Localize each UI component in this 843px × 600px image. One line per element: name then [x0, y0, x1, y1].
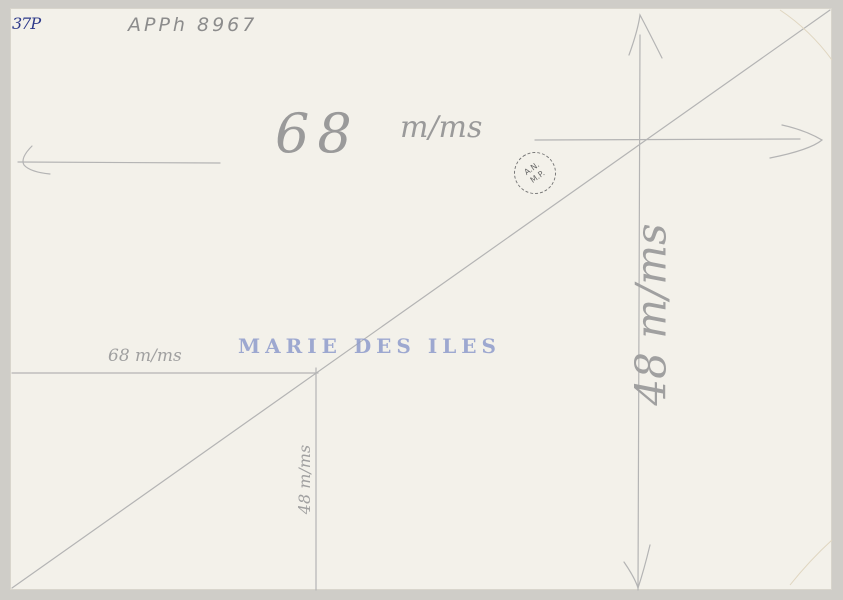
inventory-mark-blue: 37P	[12, 14, 40, 33]
crosshair-horizontal	[535, 139, 800, 140]
diagonal-crop-line	[12, 10, 830, 588]
width-annotation-large: 68	[275, 102, 360, 165]
title-stamp: MARIE DES ILES	[238, 334, 501, 358]
inventory-number: APPh 8967	[128, 14, 257, 36]
right-arrowhead	[770, 125, 822, 158]
down-arrowhead	[624, 545, 650, 588]
pencil-crop-marks	[0, 0, 843, 600]
up-arrowhead	[629, 15, 662, 58]
width-annotation-unit: m/ms	[400, 110, 482, 145]
width-annotation-small: 68 m/ms	[108, 346, 182, 366]
left-arrow-line	[18, 162, 220, 163]
height-annotation-large: 48 m/ms	[627, 223, 676, 405]
left-arrowhead	[23, 146, 50, 174]
height-annotation-small: 48 m/ms	[295, 445, 314, 514]
